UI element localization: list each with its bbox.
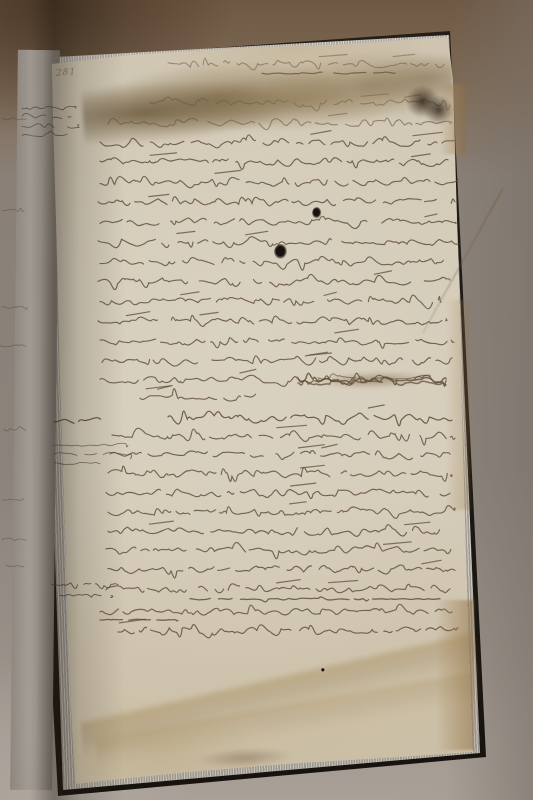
flourish-dash: [240, 369, 256, 373]
photo-background: 281: [0, 0, 533, 800]
margin-stroke: [54, 452, 132, 458]
flourish-dash: [126, 312, 149, 316]
flourish-dash: [319, 55, 347, 57]
margin-stroke: [22, 113, 71, 118]
body-stroke: [106, 584, 450, 593]
body-stroke: [100, 295, 441, 309]
flourish-dash: [324, 292, 336, 295]
body-stroke: [100, 338, 454, 349]
underline-stroke: [262, 72, 395, 74]
flourish-dash: [374, 271, 391, 274]
body-stroke: [98, 237, 459, 248]
flourish-dash: [405, 522, 430, 525]
body-stroke: [108, 118, 452, 129]
body-stroke: [100, 176, 458, 187]
body-stroke: [168, 411, 452, 426]
flourish-dash: [361, 94, 389, 96]
body-stroke: [102, 356, 452, 366]
flourish-dash: [335, 329, 359, 333]
margin-stroke: [60, 594, 113, 597]
body-stroke: [100, 216, 456, 228]
flourish-dash: [311, 131, 331, 135]
ghost-stroke: [2, 208, 24, 211]
flourish-dash: [200, 312, 218, 315]
body-stroke: [112, 428, 455, 445]
margin-stroke: [54, 443, 128, 447]
flourish-dash: [413, 132, 442, 135]
flourish-dash: [329, 581, 358, 583]
margin-stroke: [52, 583, 118, 589]
margin-stroke: [22, 106, 76, 109]
handwriting-layer: [0, 0, 533, 800]
body-stroke: [108, 506, 455, 519]
body-stroke: [100, 158, 448, 170]
heading-stroke: [168, 58, 444, 70]
margin-stroke: [22, 132, 67, 137]
flourish-dash: [368, 405, 384, 408]
folio-number: 281: [56, 67, 77, 79]
ghost-stroke: [2, 538, 26, 540]
margin-stroke: [22, 124, 79, 129]
flourish-dash: [149, 521, 173, 524]
flourish-dash: [277, 425, 307, 427]
flourish-dash: [329, 113, 347, 115]
body-stroke: [98, 315, 447, 326]
flourish-dash: [393, 54, 415, 56]
flourish-dash: [384, 542, 412, 545]
ghost-stroke: [0, 345, 26, 347]
flourish-dash: [425, 214, 437, 217]
flourish-dash: [299, 445, 325, 448]
ghost-stroke: [6, 565, 24, 567]
flourish-dash: [404, 95, 421, 98]
flourish-dash: [290, 502, 307, 504]
ghost-stroke: [4, 427, 26, 431]
underline-stroke: [190, 597, 440, 602]
body-stroke: [98, 274, 450, 289]
ghost-stroke: [2, 118, 26, 120]
body-stroke: [100, 256, 449, 270]
flourish-dash: [150, 153, 176, 155]
margin-stroke: [54, 462, 100, 464]
body-stroke: [106, 542, 451, 558]
flourish-dash: [246, 231, 268, 235]
flourish-dash: [177, 231, 195, 233]
flourish-dash: [277, 580, 301, 583]
flourish-dash: [215, 170, 241, 173]
body-stroke: [108, 525, 445, 537]
margin-stroke: [54, 418, 107, 424]
body-stroke: [108, 466, 452, 482]
flourish-dash: [301, 465, 325, 468]
flourish-dash: [181, 292, 199, 295]
flourish-dash: [291, 483, 316, 486]
body-stroke: [110, 451, 450, 460]
flourish-dash: [422, 560, 441, 564]
body-stroke: [150, 97, 450, 111]
flourish-dash: [149, 194, 169, 196]
body-stroke: [100, 604, 452, 615]
body-stroke: [108, 565, 455, 578]
ghost-stroke: [2, 499, 24, 501]
body-stroke: [106, 489, 450, 498]
ghost-stroke: [2, 306, 28, 309]
body-stroke: [100, 135, 454, 148]
body-stroke: [140, 389, 261, 401]
flourish-dash: [412, 154, 431, 157]
body-stroke: [118, 625, 458, 638]
body-stroke: [98, 197, 455, 206]
